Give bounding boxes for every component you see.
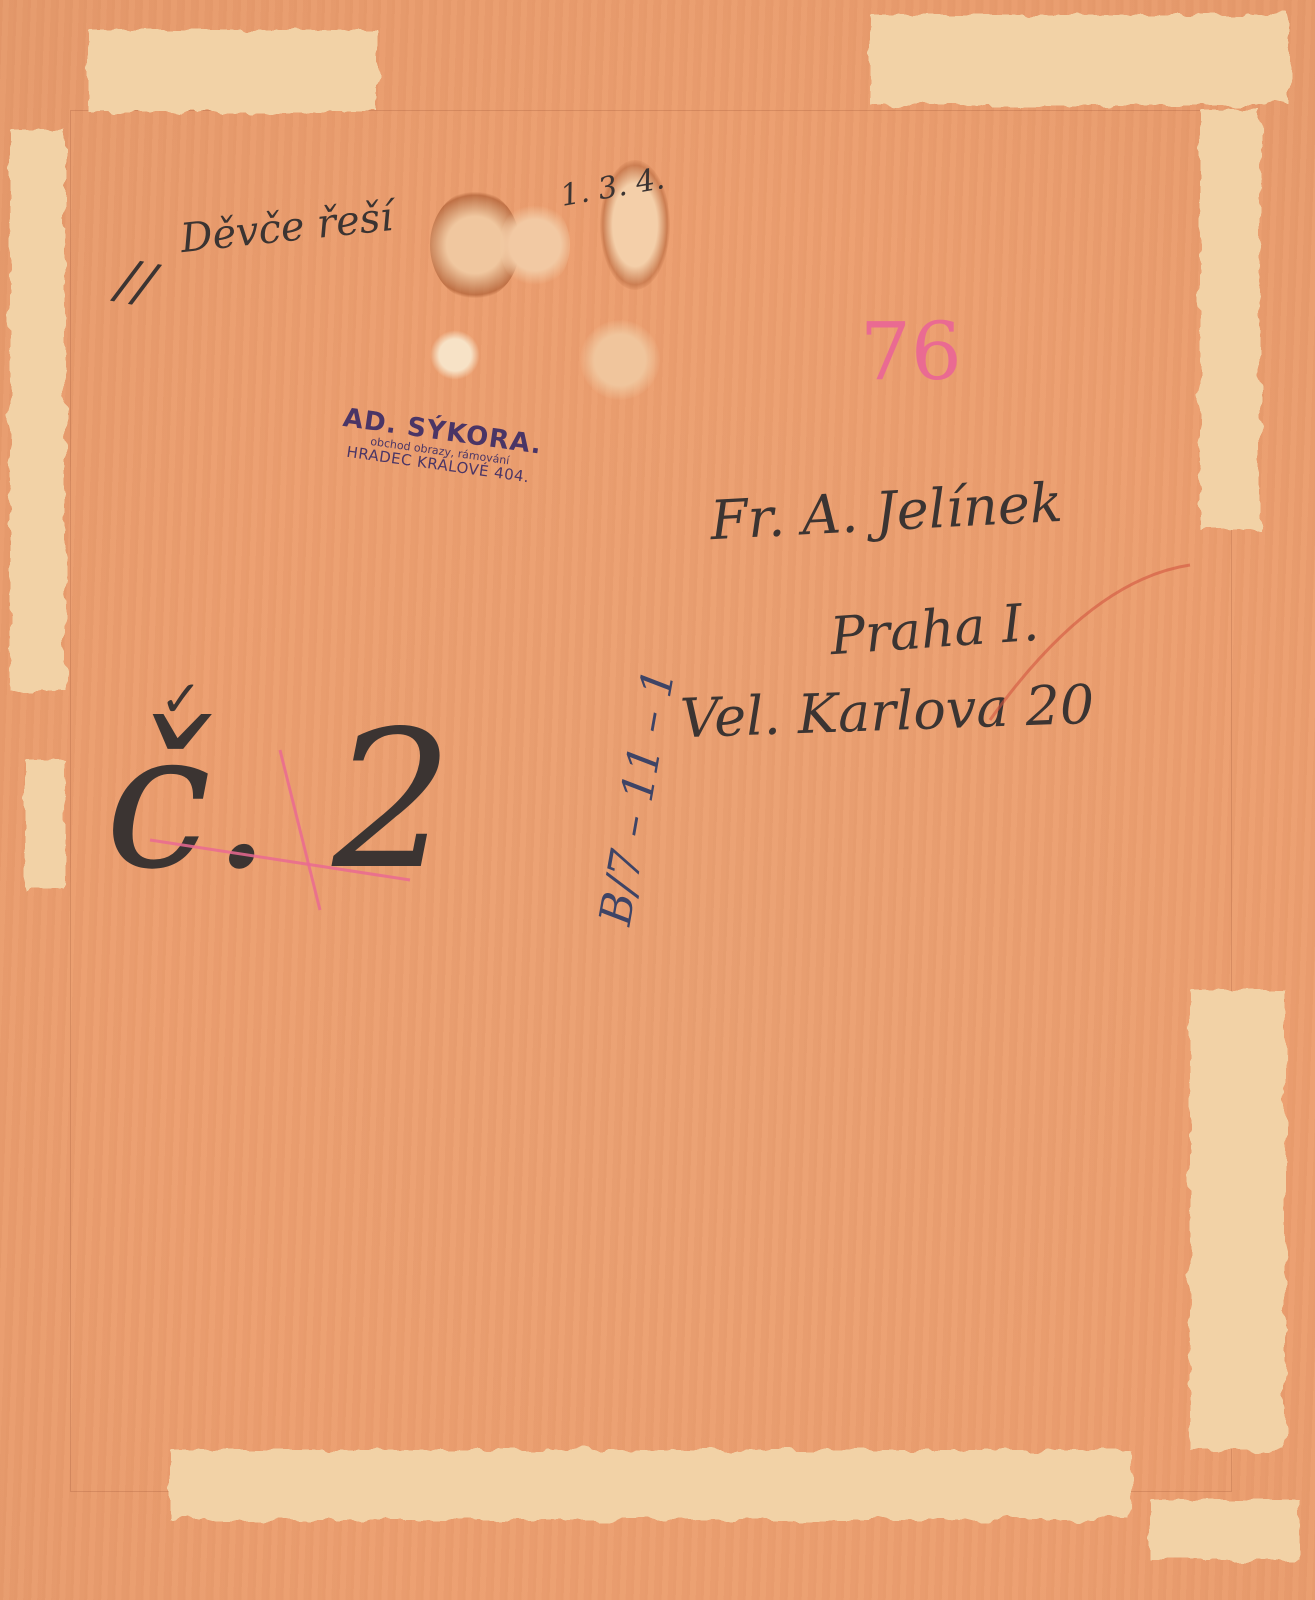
crayon-marks [0, 0, 1315, 1600]
